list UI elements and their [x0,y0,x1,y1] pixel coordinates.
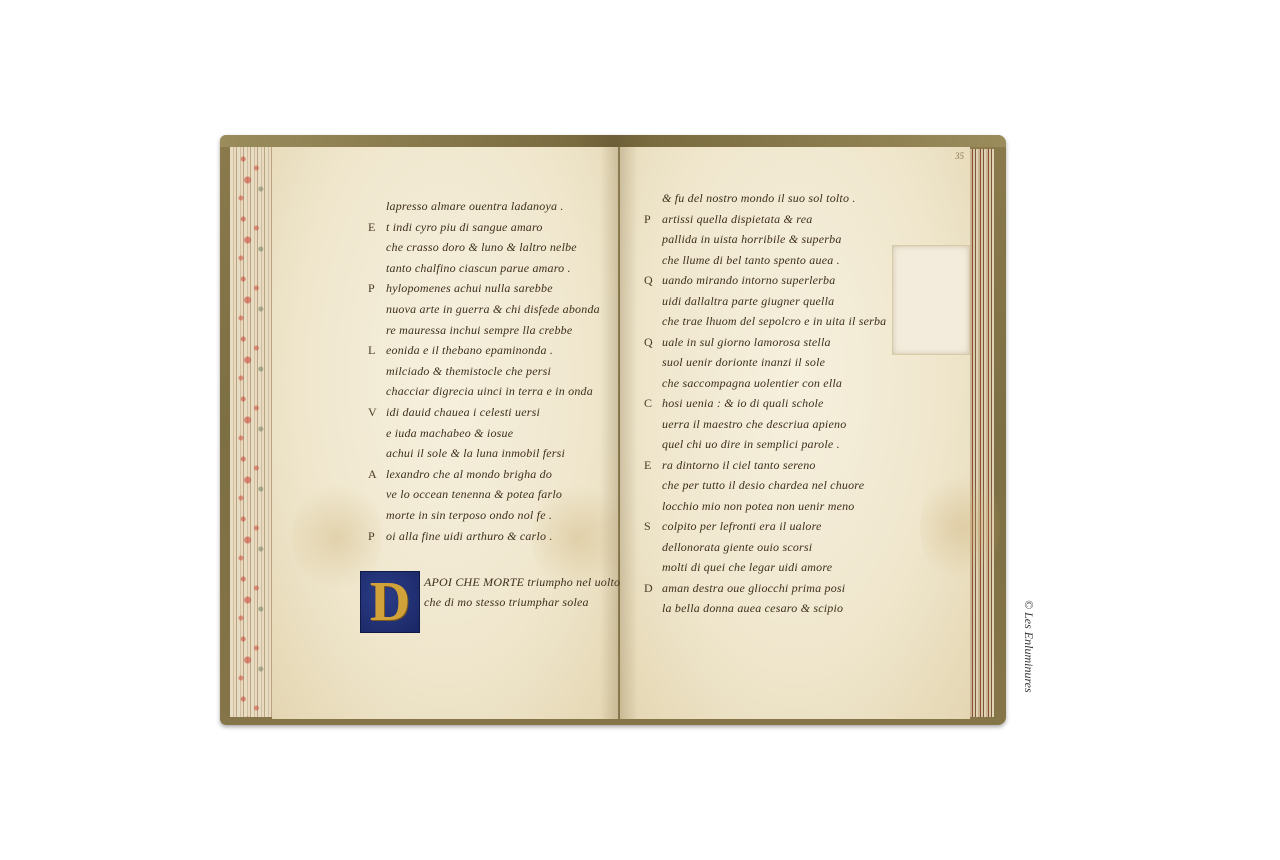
verse-line: lapresso almare ouentra ladanoya . [386,199,564,214]
verse-line: che saccompagna uolentier con ella [662,376,842,391]
left-page: lapresso almare ouentra ladanoya .Et ind… [272,147,619,719]
verse-initial: Q [644,335,653,350]
verse-line: che crasso doro & luno & laltro nelbe [386,240,577,255]
verse-line: milciado & themistocle che persi [386,364,551,379]
verse-line: e iuda machabeo & iosue [386,426,513,441]
verse-line: re mauressa inchui sempre lla crebbe [386,323,572,338]
verse-line: che llume di bel tanto spento auea . [662,253,840,268]
verse-initial: E [644,458,651,473]
verse-line: idi dauid chauea i celesti uersi [386,405,540,420]
verse-line: hosi uenia : & io di quali schole [662,396,824,411]
folio-number: 35 [955,151,964,161]
verse-line: lexandro che al mondo brigha do [386,467,552,482]
verse-line: locchio mio non potea non uenir meno [662,499,855,514]
verse-initial: S [644,519,651,534]
open-manuscript: lapresso almare ouentra ladanoya .Et ind… [220,135,1006,725]
credit-text: © Les Enluminures [1021,600,1036,693]
verse-line: quel chi uo dire in semplici parole . [662,437,840,452]
verse-line: t indi cyro piu di sangue amaro [386,220,543,235]
verse-initial: E [368,220,375,235]
verse-initial: Q [644,273,653,288]
verse-initial: P [368,529,375,544]
verse-initial: P [644,212,651,227]
verse-initial: V [368,405,377,420]
verse-line: uando mirando intorno superlerba [662,273,835,288]
parchment-repair-patch [892,245,970,355]
verse-line: che per tutto il desio chardea nel chuor… [662,478,864,493]
verse-line: molti di quei che legar uidi amore [662,560,832,575]
verse-initial: A [368,467,377,482]
verse-line: chacciar digrecia uinci in terra e in on… [386,384,593,399]
section-line-1: APOI CHE MORTE triumpho nel uolto [424,575,620,590]
verse-initial: C [644,396,652,411]
verse-line: uale in sul giorno lamorosa stella [662,335,831,350]
verse-initial: L [368,343,375,358]
verse-line: achui il sole & la luna inmobil fersi [386,446,565,461]
verse-initial: P [368,281,375,296]
verse-line: pallida in uista horribile & superba [662,232,842,247]
right-page: 35 & fu del nostro mondo il suo sol tolt… [620,147,970,719]
verse-line: eonida e il thebano epaminonda . [386,343,553,358]
verse-line: & fu del nostro mondo il suo sol tolto . [662,191,856,206]
section-line-2: che di mo stesso triumphar solea [424,595,589,610]
illuminated-initial: D [360,571,420,633]
verse-line: ve lo occean tenenna & potea farlo [386,487,562,502]
copyright-credit: © Les Enluminures [1020,600,1040,720]
verse-line: uidi dallaltra parte giugner quella [662,294,834,309]
initial-letter-d: D [361,572,419,632]
verse-line: la bella donna auea cesaro & scipio [662,601,843,616]
verse-initial: D [644,581,653,596]
verse-line: ra dintorno il ciel tanto sereno [662,458,816,473]
verse-line: colpito per lefronti era il ualore [662,519,822,534]
verse-line: suol uenir dorionte inanzi il sole [662,355,825,370]
verse-line: uerra il maestro che descriua apieno [662,417,846,432]
verse-line: oi alla fine uidi arthuro & carlo . [386,529,553,544]
verse-line: tanto chalfino ciascun parue amaro . [386,261,571,276]
verse-line: che trae lhuom del sepolcro e in uita il… [662,314,886,329]
verse-line: hylopomenes achui nulla sarebbe [386,281,553,296]
left-page-edges [230,147,274,717]
verse-line: dellonorata giente ouio scorsi [662,540,812,555]
verse-line: morte in sin terposo ondo nol fe . [386,508,552,523]
verse-line: artissi quella dispietata & rea [662,212,812,227]
verse-line: aman destra oue gliocchi prima posi [662,581,845,596]
right-page-edges [970,149,994,717]
verse-line: nuova arte in guerra & chi disfede abond… [386,302,600,317]
stain [920,467,1000,587]
